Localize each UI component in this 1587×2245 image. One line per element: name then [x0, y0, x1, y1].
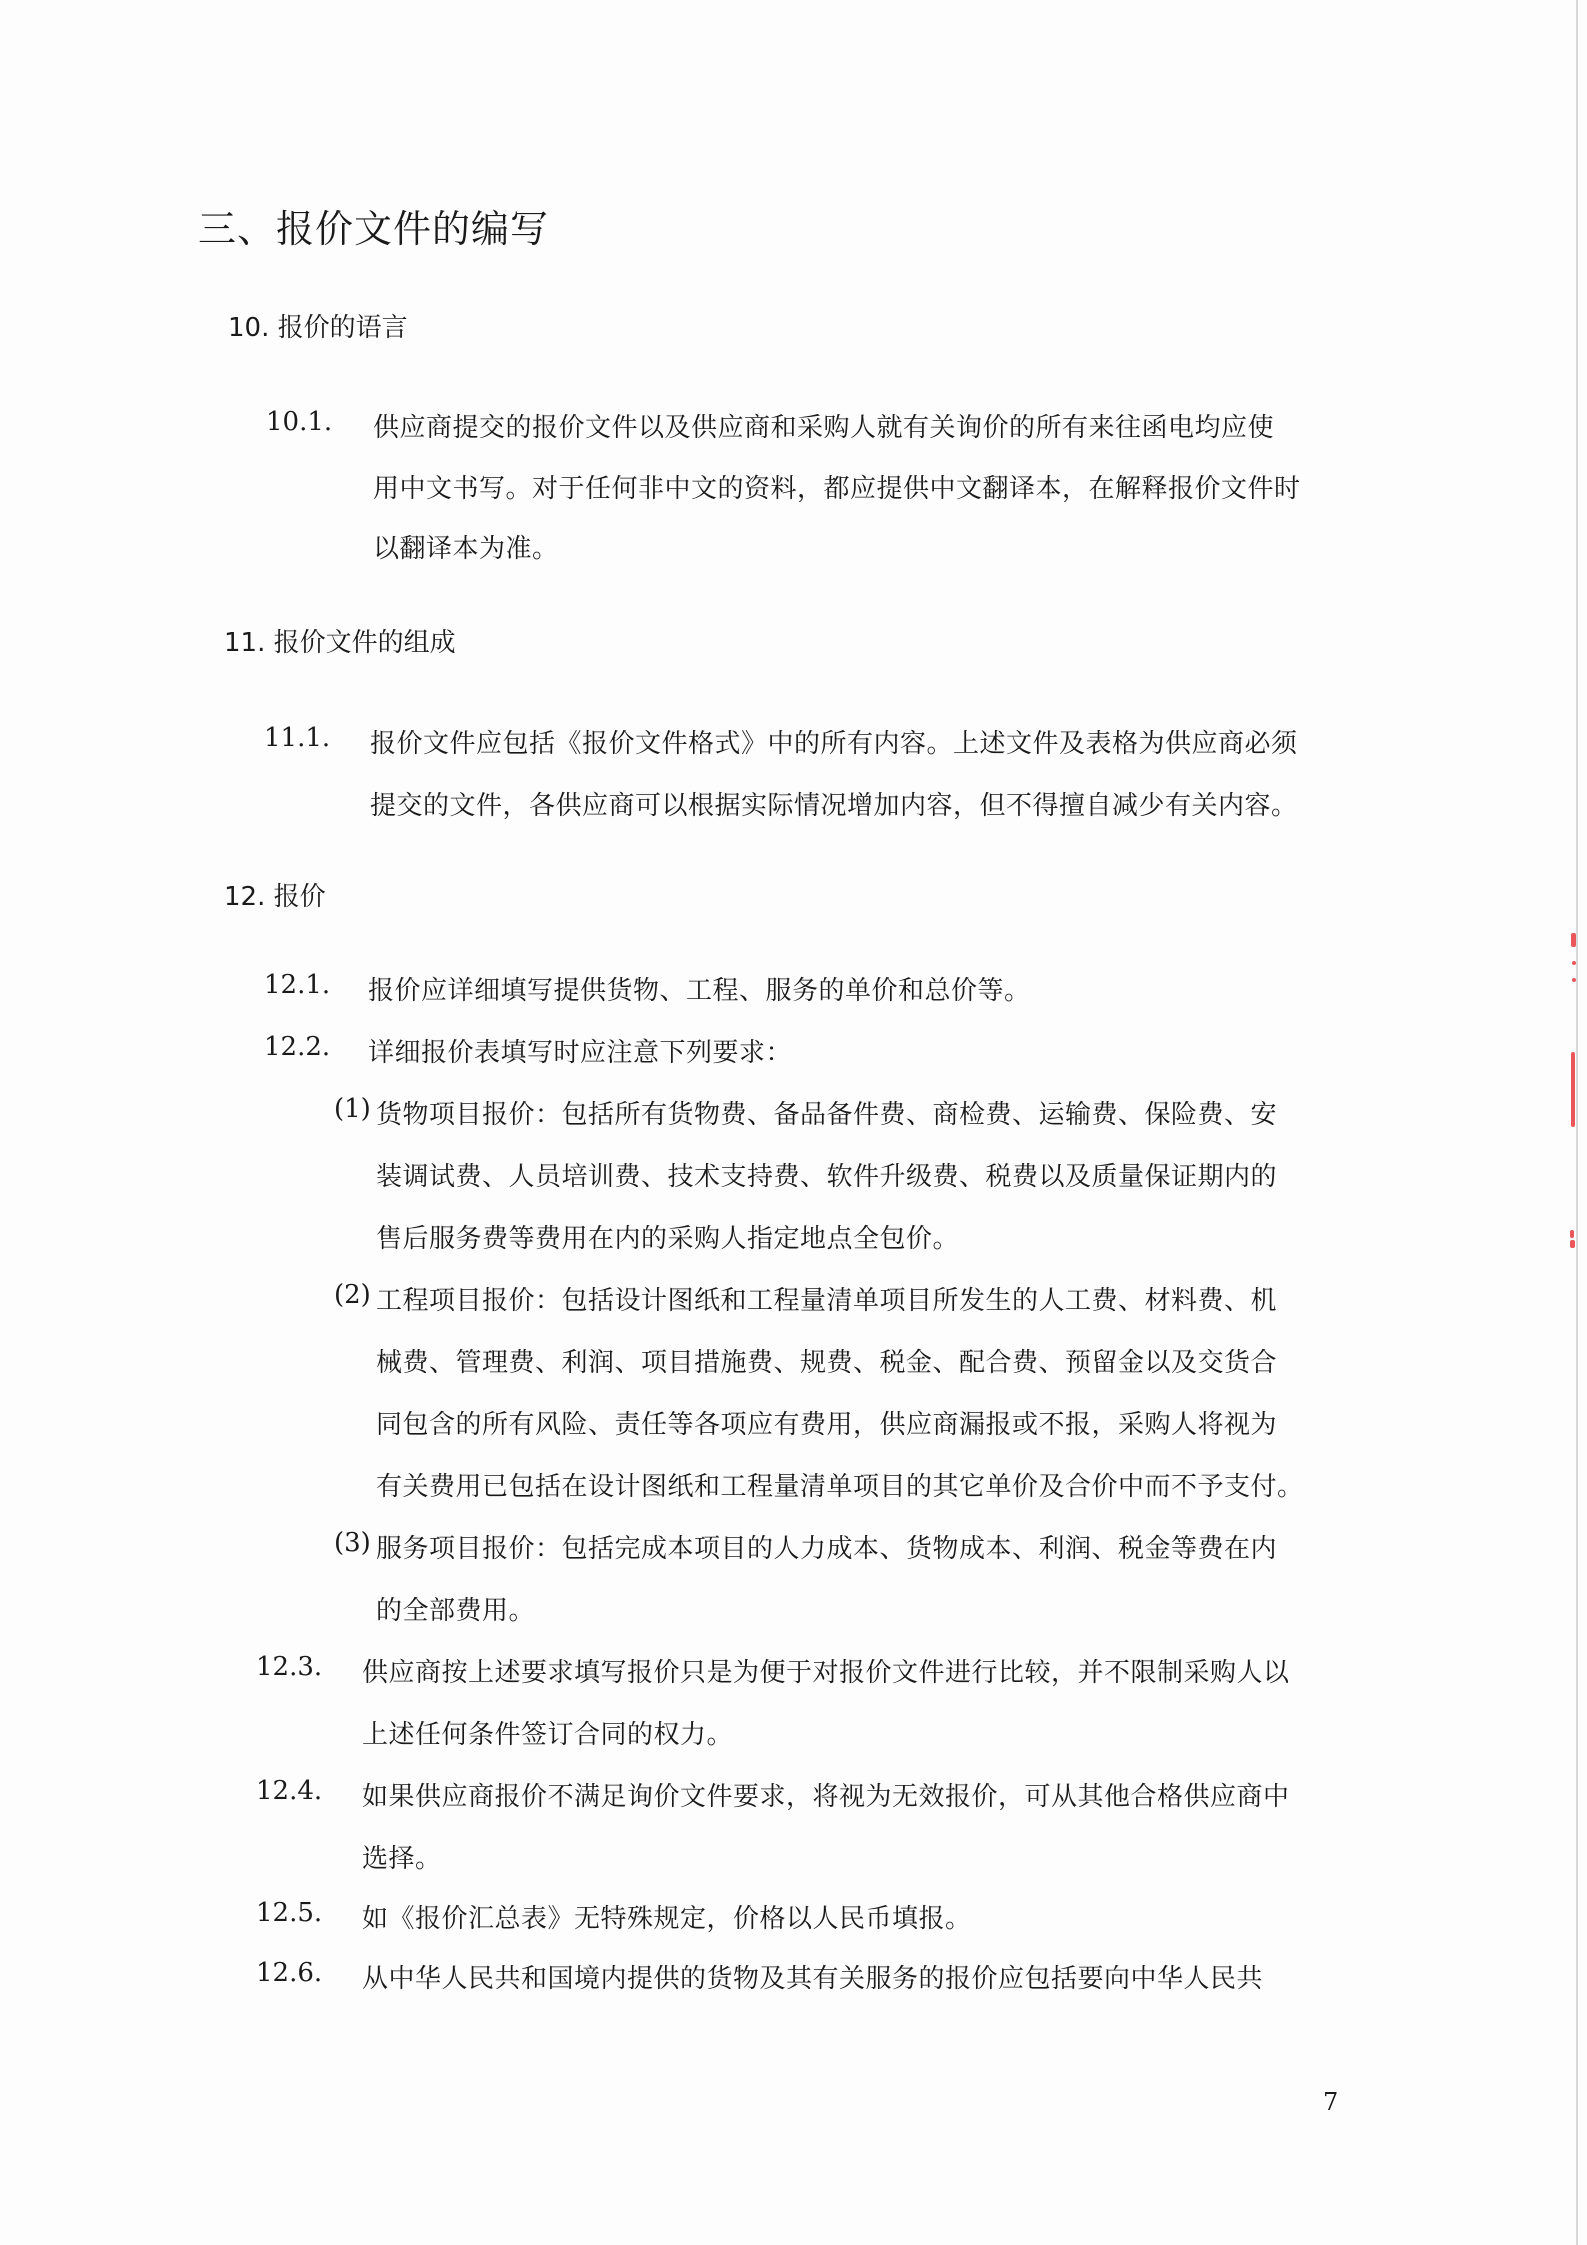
- item-number: 12.6.: [256, 1958, 322, 1988]
- item-text-line: 供应商按上述要求填写报价只是为便于对报价文件进行比较，并不限制采购人以: [362, 1652, 1290, 1689]
- subitem-text-line: 工程项目报价：包括设计图纸和工程量清单项目所发生的人工费、材料费、机: [376, 1280, 1277, 1317]
- item-text-line: 以翻译本为准。: [373, 528, 559, 565]
- item-number: 12.2.: [264, 1032, 330, 1062]
- subitem-text-line: 装调试费、人员培训费、技术支持费、软件升级费、税费以及质量保证期内的: [376, 1156, 1277, 1193]
- item-number: 12.5.: [256, 1898, 322, 1928]
- item-text-line: 如《报价汇总表》无特殊规定，价格以人民币填报。: [362, 1898, 972, 1935]
- page-edge-line: [1576, 0, 1578, 2245]
- item-text-line: 如果供应商报价不满足询价文件要求，将视为无效报价，可从其他合格供应商中: [362, 1776, 1290, 1813]
- subitem-text-line: 售后服务费等费用在内的采购人指定地点全包价。: [376, 1218, 959, 1255]
- item-number: 10.1.: [266, 407, 332, 437]
- subitem-text-line: 有关费用已包括在设计图纸和工程量清单项目的其它单价及合价中而不予支付。: [376, 1466, 1304, 1503]
- item-number: 12.4.: [256, 1776, 322, 1806]
- item-text-line: 报价文件应包括《报价文件格式》中的所有内容。上述文件及表格为供应商必须: [370, 723, 1298, 760]
- seal-fragment-mark: [1571, 1052, 1575, 1127]
- item-number: 11.1.: [264, 723, 330, 753]
- item-text-line: 用中文书写。对于任何非中文的资料，都应提供中文翻译本，在解释报价文件时: [373, 468, 1301, 505]
- clause-heading: 12. 报价: [224, 876, 326, 913]
- section-title: 三、报价文件的编写: [198, 198, 549, 253]
- clause-heading: 11. 报价文件的组成: [224, 622, 456, 659]
- item-text-line: 从中华人民共和国境内提供的货物及其有关服务的报价应包括要向中华人民共: [362, 1958, 1263, 1995]
- item-text-line: 详细报价表填写时应注意下列要求：: [368, 1032, 792, 1069]
- item-text-line: 报价应详细填写提供货物、工程、服务的单价和总价等。: [368, 970, 1031, 1007]
- subitem-number: (2): [334, 1280, 371, 1310]
- subitem-number: (3): [334, 1528, 371, 1558]
- seal-fragment-mark: [1572, 978, 1576, 982]
- item-text-line: 上述任何条件签订合同的权力。: [362, 1714, 733, 1751]
- subitem-text-line: 服务项目报价：包括完成本项目的人力成本、货物成本、利润、税金等费在内: [376, 1528, 1277, 1565]
- item-number: 12.1.: [264, 970, 330, 1000]
- page-number: 7: [1323, 2088, 1338, 2116]
- document-page: 三、报价文件的编写 10. 报价的语言 10.1. 供应商提交的报价文件以及供应…: [0, 0, 1587, 2245]
- seal-fragment-mark: [1570, 1230, 1574, 1238]
- subitem-text-line: 货物项目报价：包括所有货物费、备品备件费、商检费、运输费、保险费、安: [376, 1094, 1277, 1131]
- item-text-line: 提交的文件，各供应商可以根据实际情况增加内容，但不得擅自减少有关内容。: [370, 785, 1298, 822]
- item-number: 12.3.: [256, 1652, 322, 1682]
- seal-fragment-mark: [1570, 1240, 1575, 1248]
- subitem-text-line: 的全部费用。: [376, 1590, 535, 1627]
- subitem-text-line: 同包含的所有风险、责任等各项应有费用，供应商漏报或不报，采购人将视为: [376, 1404, 1277, 1441]
- item-text-line: 供应商提交的报价文件以及供应商和采购人就有关询价的所有来往函电均应使: [373, 407, 1274, 444]
- seal-fragment-mark: [1572, 961, 1576, 965]
- seal-fragment-mark: [1571, 933, 1576, 947]
- clause-heading: 10. 报价的语言: [228, 307, 408, 344]
- subitem-text-line: 械费、管理费、利润、项目措施费、规费、税金、配合费、预留金以及交货合: [376, 1342, 1277, 1379]
- item-text-line: 选择。: [362, 1838, 442, 1875]
- subitem-number: (1): [334, 1094, 371, 1124]
